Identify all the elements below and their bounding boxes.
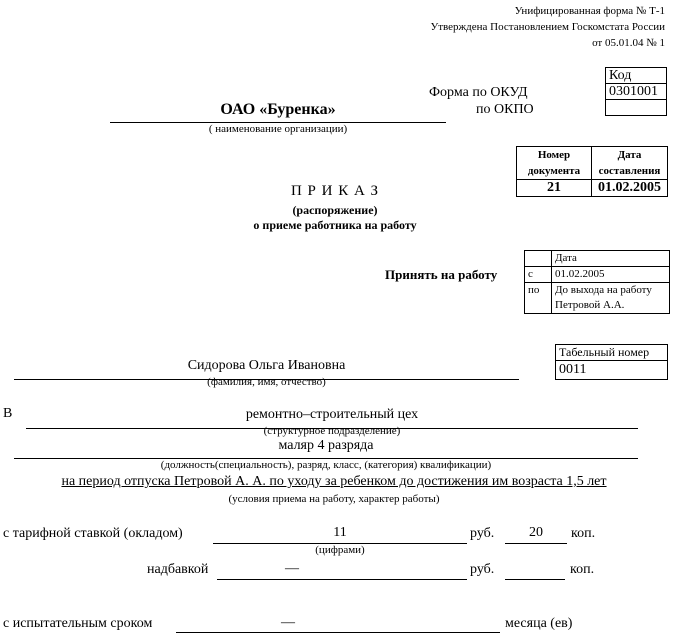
rate-rub-label: руб. <box>470 526 494 542</box>
hire-from-label: с <box>525 267 552 283</box>
probation-unit: месяца (ев) <box>505 616 572 632</box>
employee-name: Сидорова Ольга Ивановна <box>14 358 519 374</box>
rate-label: с тарифной ставкой (окладом) <box>3 526 183 542</box>
probation-label: с испытательным сроком <box>3 616 152 632</box>
hire-label: Принять на работу <box>385 267 497 283</box>
codes-table: Код 0301001 <box>605 67 667 116</box>
employee-name-caption: (фамилия, имя, отчество) <box>14 376 519 388</box>
approval-date-line: от 05.01.04 № 1 <box>592 37 665 49</box>
bonus-rub-label: руб. <box>470 562 494 578</box>
hire-dates-table: Дата с 01.02.2005 по До выхода на работу… <box>524 250 670 314</box>
doc-number-header: Номердокумента <box>517 147 592 180</box>
bonus-kopecks-underline <box>505 579 565 580</box>
bonus-kop-label: коп. <box>570 562 594 578</box>
digits-caption: (цифрами) <box>213 544 467 556</box>
hire-date-header: Дата <box>552 251 670 267</box>
department: ремонтно–строительный цех <box>26 407 638 423</box>
doc-date-header: Датасоставления <box>592 147 668 180</box>
okpo-label: по ОКПО <box>476 102 534 118</box>
order-subtitle: (распоряжение) <box>200 203 470 218</box>
document-table: Номердокумента Датасоставления 21 01.02.… <box>516 146 668 197</box>
doc-date: 01.02.2005 <box>592 180 668 197</box>
doc-number: 21 <box>517 180 592 197</box>
rate-rubles: 11 <box>213 525 467 541</box>
bonus-rubles: — <box>217 561 467 577</box>
bonus-rubles-underline <box>217 579 467 580</box>
organization-caption: ( наименование организации) <box>110 123 446 135</box>
employment-conditions: на период отпуска Петровой А. А. по уход… <box>14 474 654 490</box>
codes-header: Код <box>606 68 667 84</box>
okud-label: Форма по ОКУД <box>429 85 528 101</box>
organization-name: ОАО «Буренка» <box>110 101 446 119</box>
hire-to-value: До выхода на работуПетровой А.А. <box>552 283 670 314</box>
tab-number: 0011 <box>556 361 668 380</box>
employment-conditions-caption: (условия приема на работу, характер рабо… <box>14 493 654 505</box>
rate-kop-label: коп. <box>571 526 595 542</box>
hire-to-label: по <box>525 283 552 314</box>
approval-line: Утверждена Постановлением Госкомстата Ро… <box>430 21 665 33</box>
rate-kopecks-underline <box>505 543 567 544</box>
job-caption: (должность(специальность), разряд, класс… <box>14 459 638 471</box>
department-prefix: В <box>3 406 12 422</box>
probation-value: — <box>176 615 500 631</box>
tab-number-table: Табельный номер 0011 <box>555 344 668 380</box>
job-title: маляр 4 разряда <box>14 438 638 454</box>
tab-number-header: Табельный номер <box>556 345 668 361</box>
form-code-line: Унифицированная форма № Т-1 <box>515 5 665 17</box>
department-caption: (структурное подразделение) <box>26 425 638 437</box>
hire-from-date: 01.02.2005 <box>552 267 670 283</box>
order-title: П Р И К А З <box>200 183 470 200</box>
rate-kopecks: 20 <box>505 525 567 541</box>
order-subject: о приеме работника на работу <box>200 218 470 233</box>
bonus-label: надбавкой <box>147 562 208 578</box>
okpo-code <box>606 100 667 116</box>
okud-code: 0301001 <box>606 84 667 100</box>
